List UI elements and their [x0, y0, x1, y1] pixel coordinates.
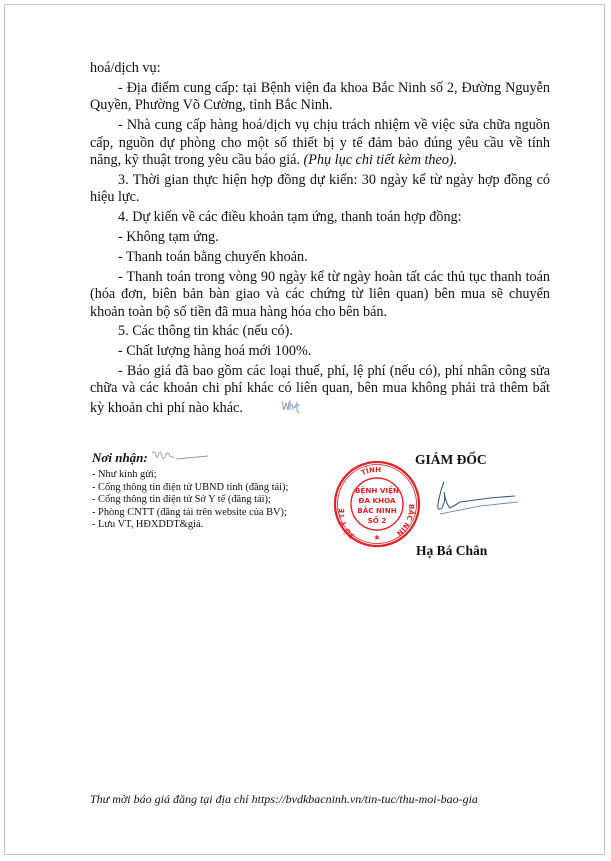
recipients-list: - Như kính gửi; - Cổng thông tin điện tử…: [92, 469, 342, 532]
signer-role: GIÁM ĐỐC: [415, 452, 487, 468]
recipients-title: Nơi nhận:: [92, 449, 342, 469]
paragraph: hoá/dịch vụ:: [90, 60, 550, 78]
document-body: hoá/dịch vụ: - Địa điểm cung cấp: tại Bệ…: [90, 60, 550, 422]
svg-text:SỐ 2: SỐ 2: [368, 515, 387, 525]
initials-scribble-icon: [150, 449, 210, 469]
footer-note: Thư mời báo giá đăng tại địa chỉ https:/…: [90, 792, 478, 807]
paragraph: - Báo giá đã bao gồm các loại thuế, phí,…: [90, 363, 550, 420]
paragraph: - Nhà cung cấp hàng hoá/dịch vụ chịu trá…: [90, 117, 550, 170]
director-signature-icon: [430, 478, 520, 518]
recipient-item: - Phòng CNTT (đăng tải trên website của …: [92, 507, 342, 520]
recipient-item: - Cổng thông tin điện tử Sở Y tế (đăng t…: [92, 494, 342, 507]
paragraph: 4. Dự kiến về các điều khoản tạm ứng, th…: [90, 209, 550, 227]
recipient-item: - Lưu VT, HĐXDDT&giá.: [92, 519, 342, 532]
initials-signature-icon: [253, 398, 303, 420]
paragraph-text: - Báo giá đã bao gồm các loại thuế, phí,…: [90, 363, 550, 416]
paragraph: - Thanh toán bằng chuyển khoản.: [90, 249, 550, 267]
recipient-item: - Như kính gửi;: [92, 469, 342, 482]
svg-text:ĐA KHOA: ĐA KHOA: [358, 496, 396, 505]
recipient-item: - Cổng thông tin điện tử UBND tỉnh (đăng…: [92, 482, 342, 495]
paragraph: - Chất lượng hàng hoá mới 100%.: [90, 343, 550, 361]
signer-name: Hạ Bá Chân: [416, 543, 487, 559]
recipients-block: Nơi nhận: - Như kính gửi; - Cổng thông t…: [92, 449, 342, 532]
paragraph: - Không tạm ứng.: [90, 229, 550, 247]
svg-text:BẮC NINH: BẮC NINH: [357, 505, 397, 515]
appendix-note: (Phụ lục chi tiết kèm theo).: [304, 152, 458, 168]
official-stamp: TỈNH BẮC NINH SỞ Y TẾ BỆNH VIỆN ĐA KHOA …: [333, 460, 421, 548]
paragraph: 5. Các thông tin khác (nếu có).: [90, 323, 550, 341]
svg-text:BỆNH VIỆN: BỆNH VIỆN: [355, 486, 399, 495]
paragraph: - Địa điểm cung cấp: tại Bệnh viện đa kh…: [90, 80, 550, 115]
svg-text:★: ★: [373, 533, 380, 542]
paragraph: - Thanh toán trong vòng 90 ngày kể từ ng…: [90, 269, 550, 322]
recipients-title-text: Nơi nhận:: [92, 450, 148, 465]
paragraph: 3. Thời gian thực hiện hợp đồng dự kiến:…: [90, 172, 550, 207]
